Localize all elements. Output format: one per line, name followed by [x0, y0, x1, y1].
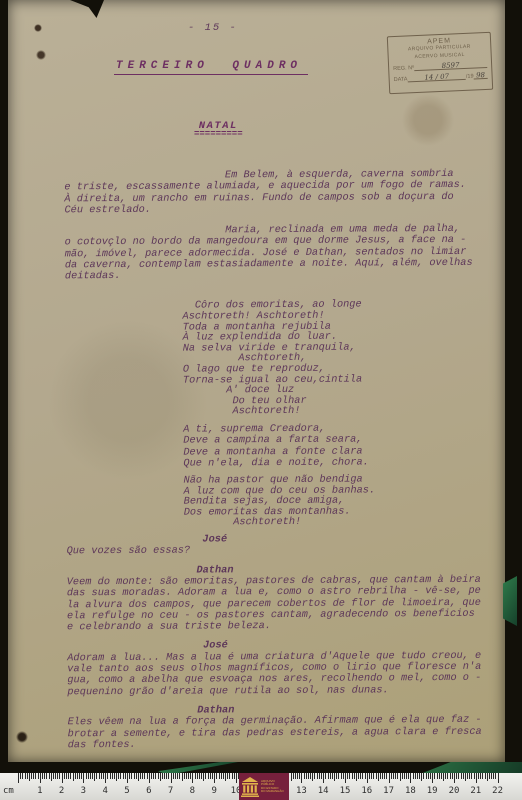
ruler-tick: [186, 773, 187, 779]
ruler-tick: [120, 773, 121, 779]
ruler-tick: [27, 773, 28, 779]
ruler-tick: [114, 773, 115, 779]
ruler-tick: [389, 773, 390, 783]
ruler-tick: [31, 773, 32, 779]
ruler-tick: [38, 773, 39, 779]
classical-building-icon: [241, 777, 259, 797]
ruler-tick: [341, 773, 342, 779]
chorus-stanza-1: Aschtoreth! Aschtoreth! Toda a montanha …: [65, 310, 496, 419]
ruler-tick: [216, 773, 217, 779]
ruler-tick: [123, 773, 124, 779]
ruler-tick: [493, 773, 494, 779]
speech-text: Eles vêem na lua a força da germinação. …: [68, 715, 498, 752]
stage-direction-2: Maria, reclinada em uma meda de palha, o…: [65, 224, 495, 283]
ruler-tick: [166, 773, 167, 779]
ruler-tick: [94, 773, 95, 781]
ruler-tick: [421, 773, 422, 781]
ruler-tick: [491, 773, 492, 779]
ruler-tick: [35, 773, 36, 779]
ruler-tick: [160, 773, 161, 781]
ruler-tick: [103, 773, 104, 779]
ruler-tick: [441, 773, 442, 779]
ruler-tick: [88, 773, 89, 779]
archive-stamp: APEM ARQUIVO PARTICULAR ACERVO MUSICAL R…: [387, 32, 493, 94]
ruler-number: 17: [383, 786, 394, 796]
ruler-tick: [338, 773, 339, 779]
dialogue-block: José Adoram a lua... Mas a lua é uma cri…: [67, 639, 497, 698]
ruler-tick: [110, 773, 111, 779]
ruler-tick: [301, 773, 302, 783]
ruler-tick: [44, 773, 45, 779]
ruler-tick: [59, 773, 60, 779]
ruler-tick: [423, 773, 424, 779]
ruler-tick: [229, 773, 230, 779]
ruler-tick: [347, 773, 348, 779]
ruler-tick: [325, 773, 326, 779]
ruler-tick: [86, 773, 87, 779]
stamp-subtitle-2: ACERVO MUSICAL: [393, 51, 487, 61]
ruler-tick: [144, 773, 145, 779]
ruler-tick: [142, 773, 143, 779]
ruler-tick: [53, 773, 54, 779]
ruler-tick: [203, 773, 204, 781]
ruler-tick: [426, 773, 427, 779]
ruler-tick: [352, 773, 353, 779]
speech-text: Veem do monte: são emoritas, pastores de…: [67, 575, 497, 634]
dialogue-block: Dathan Veem do monte: são emoritas, past…: [67, 563, 497, 633]
ruler-tick: [223, 773, 224, 779]
ruler-tick: [439, 773, 440, 779]
archive-logo-plate: ARQUIVOPÚBLICODO ESTADODO MARANHÃO: [239, 773, 289, 800]
measuring-ruler: cm 12345678910111213141516171819202122 A…: [0, 773, 522, 800]
ruler-number: 16: [361, 786, 372, 796]
page-number: - 15 -: [188, 22, 238, 34]
ruler-tick: [349, 773, 350, 779]
ruler-tick: [227, 773, 228, 779]
ruler-tick: [212, 773, 213, 779]
ruler-tick: [428, 773, 429, 779]
speech-text: Adoram a lua... Mas a lua é uma criatura…: [67, 650, 497, 698]
ruler-tick: [173, 773, 174, 779]
ruler-tick: [308, 773, 309, 779]
ruler-tick: [378, 773, 379, 781]
ruler-tick: [395, 773, 396, 779]
chorus-stanza-2: A ti, suprema Creadora, Deve a campina a…: [66, 423, 496, 471]
ruler-number: 15: [340, 786, 351, 796]
chorus-stanza-3: Não ha pastor que não bendiga A luz com …: [66, 474, 496, 530]
ruler-tick: [332, 773, 333, 779]
ruler-tick: [461, 773, 462, 779]
ruler-number: 3: [81, 786, 86, 796]
ruler-tick: [404, 773, 405, 779]
ruler-tick: [456, 773, 457, 779]
ruler-tick: [236, 773, 237, 783]
ruler-number: 22: [492, 786, 503, 796]
ruler-number: 18: [405, 786, 416, 796]
ruler-tick: [445, 773, 446, 779]
ruler-tick: [391, 773, 392, 779]
ruler-tick: [469, 773, 470, 779]
ruler-tick: [495, 773, 496, 779]
ruler-tick: [306, 773, 307, 779]
ruler-tick: [465, 773, 466, 781]
ruler-tick: [112, 773, 113, 779]
ruler-tick: [480, 773, 481, 779]
ruler-tick: [57, 773, 58, 779]
ruler-tick: [317, 773, 318, 779]
ruler-tick: [434, 773, 435, 779]
ruler-tick: [73, 773, 74, 781]
ruler-tick: [225, 773, 226, 781]
ruler-tick: [478, 773, 479, 779]
ruler-tick: [64, 773, 65, 779]
ruler-tick: [410, 773, 411, 783]
ruler-tick: [295, 773, 296, 779]
ruler-tick: [179, 773, 180, 779]
ruler-tick: [362, 773, 363, 779]
ruler-tick: [356, 773, 357, 781]
ruler-tick: [188, 773, 189, 779]
ruler-tick: [168, 773, 169, 779]
ruler-tick: [328, 773, 329, 779]
ruler-tick: [406, 773, 407, 779]
ruler-tick: [75, 773, 76, 779]
ruler-tick: [140, 773, 141, 779]
stamp-date-daymonth-handwritten: 14 / 07: [407, 73, 466, 83]
stamp-date-year-handwritten: 98: [473, 72, 487, 80]
ruler-tick: [376, 773, 377, 779]
ruler-tick: [162, 773, 163, 779]
ruler-tick: [125, 773, 126, 779]
scene-title: TERCEIRO QUADRO: [114, 60, 308, 75]
ruler-tick: [155, 773, 156, 779]
stamp-reg-row: REG. Nº 8597: [393, 61, 487, 72]
ruler-tick: [343, 773, 344, 779]
ruler-tick: [195, 773, 196, 779]
ruler-tick: [419, 773, 420, 779]
ruler-tick: [136, 773, 137, 779]
ruler-tick: [310, 773, 311, 779]
ruler-tick: [474, 773, 475, 779]
ruler-tick: [129, 773, 130, 779]
ruler-number: 6: [146, 786, 151, 796]
ruler-tick: [430, 773, 431, 779]
ruler-tick: [116, 773, 117, 781]
ruler-number: 20: [449, 786, 460, 796]
ruler-tick: [450, 773, 451, 779]
ruler-tick: [99, 773, 100, 779]
ruler-tick: [382, 773, 383, 779]
ruler-number: 21: [470, 786, 481, 796]
ruler-tick: [101, 773, 102, 779]
ruler-tick: [92, 773, 93, 779]
ruler-tick: [105, 773, 106, 783]
ruler-tick: [201, 773, 202, 779]
ruler-tick: [232, 773, 233, 779]
ruler-tick: [443, 773, 444, 781]
ruler-tick: [81, 773, 82, 779]
ruler-tick: [205, 773, 206, 779]
ruler-tick: [62, 773, 63, 783]
stamp-date-label: DATA: [394, 76, 408, 83]
ruler-tick: [314, 773, 315, 779]
ruler-tick: [304, 773, 305, 779]
ruler-tick: [458, 773, 459, 779]
ruler-number: 7: [168, 786, 173, 796]
ruler-tick: [20, 773, 21, 779]
ruler-tick: [393, 773, 394, 779]
ruler-tick: [29, 773, 30, 781]
ruler-tick: [400, 773, 401, 781]
ruler-tick: [373, 773, 374, 779]
ruler-tick: [25, 773, 26, 779]
scanned-paper-sheet: - 15 - APEM ARQUIVO PARTICULAR ACERVO MU…: [8, 0, 505, 762]
ruler-tick: [365, 773, 366, 779]
ruler-number: 1: [37, 786, 42, 796]
ruler-tick: [221, 773, 222, 779]
ruler-tick: [408, 773, 409, 779]
ruler-number: 19: [427, 786, 438, 796]
ruler-tick: [485, 773, 486, 779]
ruler-tick: [177, 773, 178, 779]
ruler-tick: [90, 773, 91, 779]
ruler-tick: [312, 773, 313, 781]
ruler-tick: [476, 773, 477, 783]
dialogue-block: José Que vozes são essas?: [66, 533, 496, 558]
ruler-tick: [46, 773, 47, 779]
stage-direction-1: Em Belem, à esquerda, caverna sombria e …: [64, 169, 494, 217]
ruler-tick: [463, 773, 464, 779]
ruler-tick: [149, 773, 150, 783]
ruler-tick: [182, 773, 183, 781]
ruler-tick: [358, 773, 359, 779]
ruler-number: 5: [124, 786, 129, 796]
ruler-tick: [190, 773, 191, 779]
stamp-reg-value-handwritten: 8597: [414, 61, 487, 71]
ruler-tick: [208, 773, 209, 779]
ruler-tick: [330, 773, 331, 779]
ruler-tick: [199, 773, 200, 779]
ruler-tick: [153, 773, 154, 779]
ruler-tick: [77, 773, 78, 779]
ruler-tick: [158, 773, 159, 779]
ruler-tick: [297, 773, 298, 779]
stamp-reg-label: REG. Nº: [393, 65, 414, 72]
ruler-tick: [127, 773, 128, 783]
ruler-tick: [70, 773, 71, 779]
ruler-tick: [51, 773, 52, 781]
ruler-tick: [197, 773, 198, 779]
ruler-tick: [107, 773, 108, 779]
ruler-tick: [18, 773, 19, 783]
green-mat-fragment-right: [503, 576, 517, 626]
ruler-tick: [386, 773, 387, 779]
ruler-tick: [319, 773, 320, 779]
archive-logo-text: ARQUIVOPÚBLICODO ESTADODO MARANHÃO: [261, 780, 284, 794]
section-heading: NATAL =========: [194, 122, 243, 137]
section-heading-underline: =========: [194, 131, 243, 137]
ruler-tick: [354, 773, 355, 779]
ruler-tick: [345, 773, 346, 783]
dialogue-block: Dathan Eles vêem na lua a força da germi…: [67, 704, 497, 752]
ruler-tick: [432, 773, 433, 783]
ruler-tick: [454, 773, 455, 783]
ruler-tick: [210, 773, 211, 779]
ruler-tick: [175, 773, 176, 779]
ruler-tick: [397, 773, 398, 779]
ruler-tick: [415, 773, 416, 779]
ruler-tick: [413, 773, 414, 779]
ruler-tick: [184, 773, 185, 779]
ruler-tick: [489, 773, 490, 779]
ruler-tick: [380, 773, 381, 779]
ruler-tick: [118, 773, 119, 779]
ruler-tick: [192, 773, 193, 783]
typescript-body: Em Belem, à esquerda, caverna sombria e …: [64, 169, 498, 752]
stamp-date-row: DATA 14 / 07 /19 98: [394, 72, 488, 83]
ruler-tick: [467, 773, 468, 779]
ruler-tick: [164, 773, 165, 779]
ruler-tick: [234, 773, 235, 779]
scanned-archive-page: { "page": { "number": "- 15 -", "title":…: [0, 0, 522, 800]
ruler-tick: [360, 773, 361, 779]
ruler-tick: [79, 773, 80, 779]
ruler-tick: [55, 773, 56, 779]
ruler-tick: [367, 773, 368, 783]
ruler-tick: [293, 773, 294, 779]
ruler-tick: [334, 773, 335, 781]
ruler-tick: [369, 773, 370, 779]
ruler-tick: [471, 773, 472, 779]
ruler-tick: [336, 773, 337, 779]
ruler-tick: [371, 773, 372, 779]
ruler-tick: [134, 773, 135, 779]
ruler-tick: [138, 773, 139, 781]
ruler-tick: [171, 773, 172, 783]
ruler-tick: [131, 773, 132, 779]
ruler-tick: [33, 773, 34, 779]
ruler-tick: [299, 773, 300, 779]
ruler-tick: [402, 773, 403, 779]
ruler-number: 4: [102, 786, 107, 796]
ruler-tick: [498, 773, 499, 783]
ruler-tick: [83, 773, 84, 783]
ruler-number: 8: [190, 786, 195, 796]
ruler-tick: [487, 773, 488, 781]
ruler-unit-label: cm: [3, 786, 14, 796]
ruler-tick: [321, 773, 322, 779]
ruler-tick: [219, 773, 220, 779]
ruler-tick: [68, 773, 69, 779]
ruler-tick: [151, 773, 152, 779]
ruler-tick: [22, 773, 23, 779]
ruler-tick: [40, 773, 41, 783]
ruler-tick: [384, 773, 385, 779]
ruler-tick: [96, 773, 97, 779]
ruler-tick: [66, 773, 67, 779]
ruler-tick: [482, 773, 483, 779]
ruler-tick: [42, 773, 43, 779]
ruler-number: 9: [211, 786, 216, 796]
ruler-tick: [437, 773, 438, 779]
ruler-tick: [452, 773, 453, 779]
ruler-tick: [147, 773, 148, 779]
ruler-tick: [447, 773, 448, 779]
ruler-number: 14: [318, 786, 329, 796]
ruler-number: 2: [59, 786, 64, 796]
ruler-tick: [214, 773, 215, 783]
ruler-tick: [291, 773, 292, 781]
speech-text: Que vozes são essas?: [67, 544, 497, 558]
ruler-tick: [323, 773, 324, 783]
ruler-tick: [417, 773, 418, 779]
ruler-number: 13: [296, 786, 307, 796]
ruler-tick: [49, 773, 50, 779]
